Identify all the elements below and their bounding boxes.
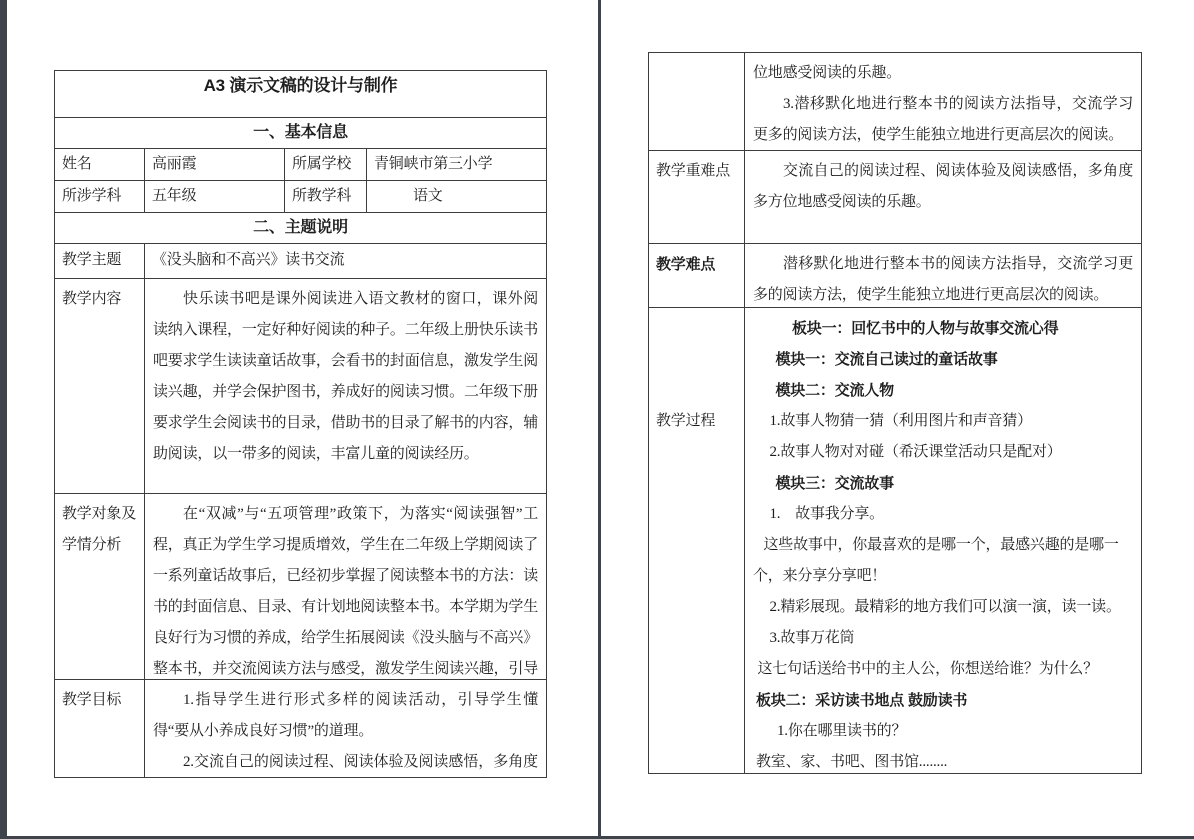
process-line: 模块三：交流故事 [753,468,1133,499]
label-teaching-process: 教学过程 [649,308,745,773]
section-basic-info: 一、基本信息 [55,118,546,147]
value-goals-continued: 位地感受阅读的乐趣。3.潜移默化地进行整本书的阅读方法指导，交流学习更多的阅读方… [745,53,1141,150]
table-row: 教学目标 1.指导学生进行形式多样的阅读活动，引导学生懂得“要从小养成良好习惯”… [55,680,546,777]
process-line: 板块二：采访读书地点 鼓励读书 [753,685,1133,716]
label-difficult-points: 教学难点 [649,244,745,307]
label-grade: 所涉学科 [55,181,145,212]
paragraph: 潜移默化地进行整本书的阅读方法指导，交流学习更多的阅读方法，使学生能独立地进行更… [753,249,1133,307]
process-line: 1. 故事我分享。 [753,499,1133,530]
table-row: 一、基本信息 [55,118,546,149]
label-subject: 所教学科 [285,181,367,212]
doc-title: A3 演示文稿的设计与制作 [55,71,546,103]
process-line: 这七句话送给书中的主人公，你想送给谁？为什么？ [753,654,1133,685]
process-line: 模块二：交流人物 [753,375,1133,406]
goal-paragraph: 位地感受阅读的乐趣。 [753,58,1133,89]
value-teaching-process: 板块一：回忆书中的人物与故事交流心得模块一：交流自己读过的童话故事模块二：交流人… [745,308,1141,773]
table-row: 位地感受阅读的乐趣。3.潜移默化地进行整本书的阅读方法指导，交流学习更多的阅读方… [649,53,1141,151]
title-cell: A3 演示文稿的设计与制作 [55,71,546,117]
label-name: 姓名 [55,149,145,180]
label-teaching-theme: 教学主题 [55,244,145,278]
label-teaching-goals: 教学目标 [55,680,145,777]
process-line: 板块一：回忆书中的人物与故事交流心得 [753,313,1133,344]
value-name: 高丽霞 [145,149,285,180]
label-key-points: 教学重难点 [649,151,745,243]
document-page-right: 位地感受阅读的乐趣。3.潜移默化地进行整本书的阅读方法指导，交流学习更多的阅读方… [601,0,1194,836]
label-school: 所属学校 [285,149,367,180]
value-key-points: 交流自己的阅读过程、阅读体验及阅读感悟，多角度多方位地感受阅读的乐趣。 [745,151,1141,243]
document-canvas: { "colors": { "canvas_background": "#3e4… [0,0,1194,839]
section-cell: 二、主题说明 [55,213,546,243]
goal-paragraph: 1.指导学生进行形式多样的阅读活动，引导学生懂得“要从小养成良好习惯”的道理。 [153,685,538,747]
process-line: 模块一：交流自己读过的童话故事 [753,344,1133,375]
value-subject: 语文 [367,181,546,212]
value-teaching-theme: 《没头脑和不高兴》读书交流 [145,244,546,278]
goal-paragraph: 3.潜移默化地进行整本书的阅读方法指导，交流学习更多的阅读方法，使学生能独立地进… [753,89,1133,150]
process-line: 1.你在哪里读书的？ [753,716,1133,747]
lesson-plan-table-right: 位地感受阅读的乐趣。3.潜移默化地进行整本书的阅读方法指导，交流学习更多的阅读方… [648,52,1142,774]
process-line: 2.故事人物对对碰（希沃课堂活动只是配对） [753,437,1133,468]
table-row: 教学重难点 交流自己的阅读过程、阅读体验及阅读感悟，多角度多方位地感受阅读的乐趣… [649,151,1141,244]
process-line: 2.精彩展现。最精彩的地方我们可以演一演，读一读。 [753,592,1133,623]
value-teaching-goals: 1.指导学生进行形式多样的阅读活动，引导学生懂得“要从小养成良好习惯”的道理。2… [145,680,546,777]
table-row: 教学对象及学情分析 在“双减”与“五项管理”政策下，为落实“阅读强智”工程，真正… [55,494,546,680]
label-teaching-content: 教学内容 [55,279,145,493]
document-page-left: A3 演示文稿的设计与制作 一、基本信息 姓名 高丽霞 所属学校 青铜峡市第三小… [7,0,598,836]
paragraph: 在“双减”与“五项管理”政策下，为落实“阅读强智”工程，真正为学生学习提质增效，… [153,499,538,679]
value-school: 青铜峡市第三小学 [367,149,546,180]
table-row: 教学内容 快乐读书吧是课外阅读进入语文教材的窗口，课外阅读纳入课程，一定好种好阅… [55,279,546,494]
label-goals-continued [649,53,745,150]
paragraph: 快乐读书吧是课外阅读进入语文教材的窗口，课外阅读纳入课程，一定好种好阅读的种子。… [153,284,538,470]
value-grade: 五年级 [145,181,285,212]
process-line: 教室、家、书吧、图书馆........ [753,747,1133,773]
table-row: A3 演示文稿的设计与制作 [55,71,546,118]
goal-paragraph: 2.交流自己的阅读过程、阅读体验及阅读感悟，多角度多方 [153,747,538,777]
process-line: 这些故事中，你最喜欢的是哪一个，最感兴趣的是哪一个，来分享分享吧！ [753,530,1133,592]
process-line: 3.故事万花筒 [753,623,1133,654]
table-row: 姓名 高丽霞 所属学校 青铜峡市第三小学 [55,149,546,181]
table-row: 教学过程 板块一：回忆书中的人物与故事交流心得模块一：交流自己读过的童话故事模块… [649,308,1141,773]
value-teaching-content: 快乐读书吧是课外阅读进入语文教材的窗口，课外阅读纳入课程，一定好种好阅读的种子。… [145,279,546,493]
paragraph: 交流自己的阅读过程、阅读体验及阅读感悟，多角度多方位地感受阅读的乐趣。 [753,156,1133,218]
process-line: 1.故事人物猜一猜（利用图片和声音猜） [753,406,1133,437]
section-theme: 二、主题说明 [55,213,546,242]
table-row: 教学难点 潜移默化地进行整本书的阅读方法指导，交流学习更多的阅读方法，使学生能独… [649,244,1141,308]
value-audience-analysis: 在“双减”与“五项管理”政策下，为落实“阅读强智”工程，真正为学生学习提质增效，… [145,494,546,679]
table-row: 所涉学科 五年级 所教学科 语文 [55,181,546,213]
table-row: 教学主题 《没头脑和不高兴》读书交流 [55,244,546,279]
label-audience-analysis: 教学对象及学情分析 [55,494,145,679]
lesson-plan-table-left: A3 演示文稿的设计与制作 一、基本信息 姓名 高丽霞 所属学校 青铜峡市第三小… [54,70,547,778]
value-difficult-points: 潜移默化地进行整本书的阅读方法指导，交流学习更多的阅读方法，使学生能独立地进行更… [745,244,1141,307]
section-cell: 一、基本信息 [55,118,546,148]
table-row: 二、主题说明 [55,213,546,244]
